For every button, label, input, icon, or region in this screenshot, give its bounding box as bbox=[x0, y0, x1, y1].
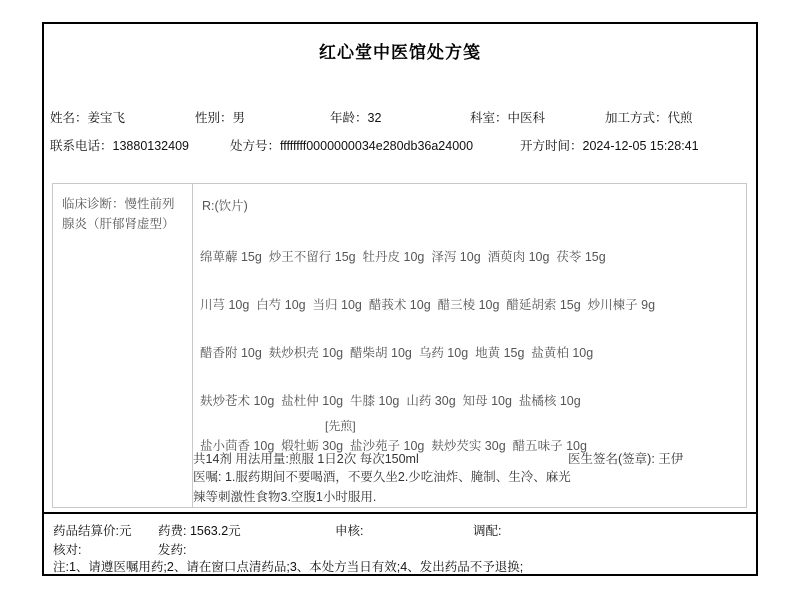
patient-name-value: 姜宝飞 bbox=[88, 111, 126, 125]
doctor-advice-line: 医嘱: 1.服药期间不要喝酒，不要久坐2.少吃油炸、腌制、生冷、麻光 bbox=[193, 467, 571, 485]
prescription-sheet: 红心堂中医馆处方笺 姓名：姜宝飞 性别：男 年龄：32 科室：中医科 加工方式：… bbox=[0, 0, 800, 600]
clinical-diagnosis: 临床诊断：慢性前列腺炎（肝郁肾虚型） bbox=[62, 194, 184, 234]
issue-time-label: 开方时间： bbox=[520, 139, 583, 153]
rx-header: R:(饮片) bbox=[202, 196, 248, 214]
dispense-label: 发药: bbox=[158, 543, 186, 557]
rx-number-field: 处方号：ffffffff0000000034e280db36a24000 bbox=[230, 136, 473, 154]
issue-time-field: 开方时间：2024-12-05 15:28:41 bbox=[520, 136, 699, 154]
doctor-signature: 医生签名(签章): 王伊 bbox=[568, 449, 683, 467]
phone-label: 联系电话： bbox=[50, 139, 113, 153]
patient-name-label: 姓名： bbox=[50, 111, 88, 125]
patient-gender-label: 性别： bbox=[195, 111, 233, 125]
prep-field: 调配: bbox=[473, 521, 501, 539]
fee-field: 药费: 1563.2元 bbox=[158, 521, 241, 539]
processing-method-label: 加工方式： bbox=[605, 111, 668, 125]
dosage-line: 共14剂 用法用量:煎服 1日2次 每次150ml bbox=[193, 449, 419, 467]
prep-label: 调配: bbox=[473, 524, 501, 538]
fee-value: 1563.2元 bbox=[190, 524, 241, 538]
review-field: 申核: bbox=[335, 521, 363, 539]
medicine-line: 醋香附 10g 麸炒枳壳 10g 醋柴胡 10g 乌药 10g 地黄 15g 盐… bbox=[200, 343, 593, 361]
patient-age-value: 32 bbox=[368, 111, 382, 125]
check-label: 核对: bbox=[53, 543, 81, 557]
settle-price-value: 元 bbox=[119, 524, 132, 538]
diagnosis-label: 临床诊断： bbox=[62, 197, 125, 211]
patient-age-label: 年龄： bbox=[330, 111, 368, 125]
patient-department-value: 中医科 bbox=[508, 111, 546, 125]
patient-department-field: 科室：中医科 bbox=[470, 108, 545, 126]
fee-label: 药费: bbox=[158, 524, 190, 538]
settle-price-label: 药品结算价: bbox=[53, 524, 119, 538]
rx-number-value: ffffffff0000000034e280db36a24000 bbox=[280, 139, 473, 153]
processing-method-value: 代煎 bbox=[668, 111, 693, 125]
medicine-line: 川芎 10g 白芍 10g 当归 10g 醋莪术 10g 醋三棱 10g 醋延胡… bbox=[200, 295, 655, 313]
patient-name-field: 姓名：姜宝飞 bbox=[50, 108, 125, 126]
settle-price-field: 药品结算价:元 bbox=[53, 521, 132, 539]
issue-time-value: 2024-12-05 15:28:41 bbox=[583, 139, 699, 153]
patient-gender-value: 男 bbox=[233, 111, 246, 125]
phone-field: 联系电话：13880132409 bbox=[50, 136, 189, 154]
doctor-signature-value: 王伊 bbox=[658, 452, 683, 466]
doctor-signature-label: 医生签名(签章): bbox=[568, 452, 658, 466]
processing-method-field: 加工方式：代煎 bbox=[605, 108, 693, 126]
medicine-line: 麸炒苍术 10g 盐杜仲 10g 牛膝 10g 山药 30g 知母 10g 盐橘… bbox=[200, 391, 581, 409]
page-title: 红心堂中医馆处方笺 bbox=[0, 38, 800, 63]
rx-number-label: 处方号： bbox=[230, 139, 280, 153]
decoct-first-annotation: [先煎] bbox=[325, 417, 356, 434]
patient-age-field: 年龄：32 bbox=[330, 108, 381, 126]
dispense-field: 发药: bbox=[158, 540, 186, 558]
medicine-line: 绵萆薢 15g 炒王不留行 15g 牡丹皮 10g 泽泻 10g 酒萸肉 10g… bbox=[200, 247, 606, 265]
footer-separator bbox=[42, 512, 758, 514]
phone-value: 13880132409 bbox=[113, 139, 189, 153]
footer-note: 注:1、请遵医嘱用药;2、请在窗口点清药品;3、本处方当日有效;4、发出药品不予… bbox=[53, 557, 523, 575]
doctor-advice-line: 辣等刺激性食物3.空腹1小时服用. bbox=[193, 487, 376, 505]
patient-department-label: 科室： bbox=[470, 111, 508, 125]
check-field: 核对: bbox=[53, 540, 81, 558]
review-label: 申核: bbox=[335, 524, 363, 538]
patient-gender-field: 性别：男 bbox=[195, 108, 245, 126]
